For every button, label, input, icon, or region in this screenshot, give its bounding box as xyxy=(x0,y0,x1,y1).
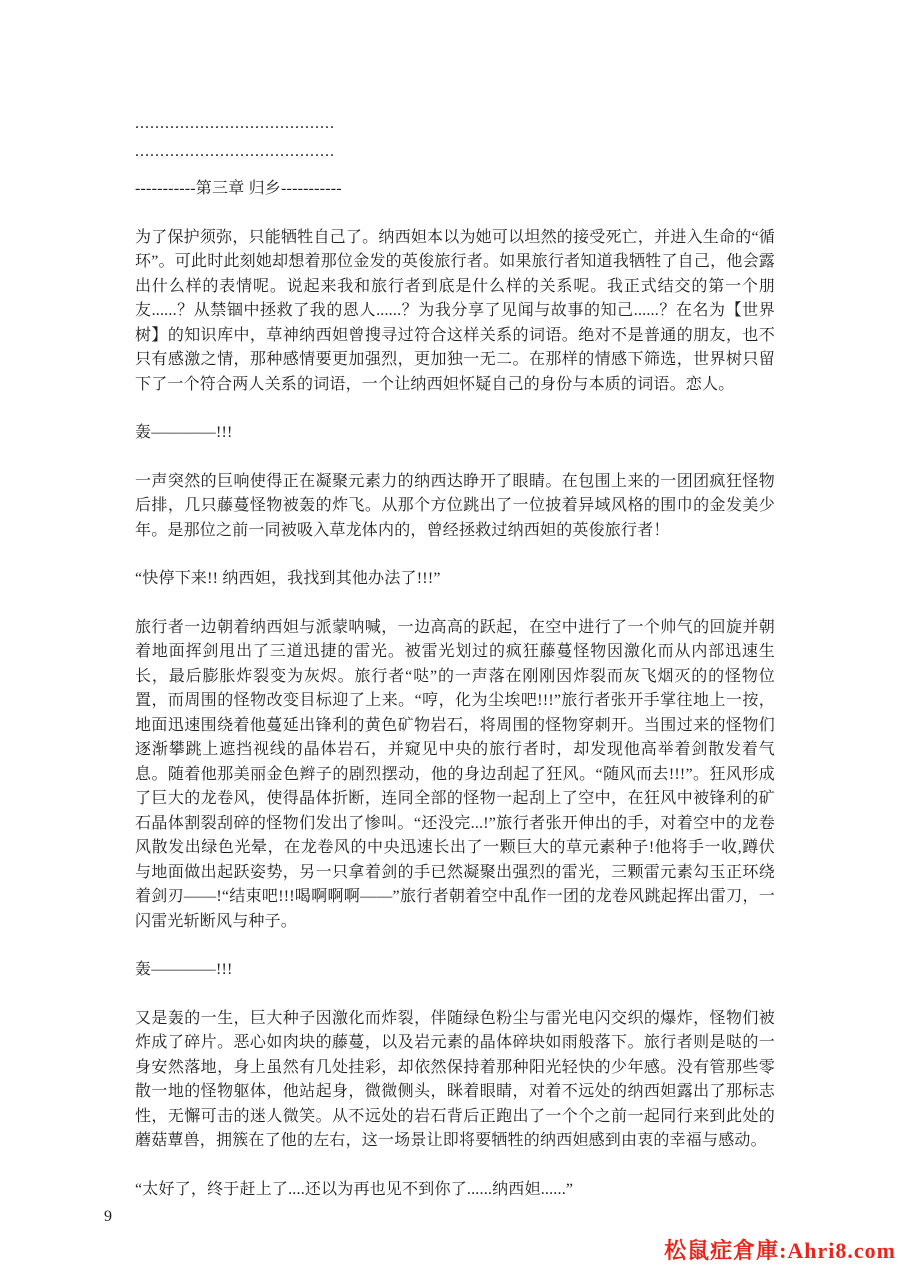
text-content: ........................................… xyxy=(135,112,775,1226)
paragraph: 旅行者一边朝着纳西妲与派蒙呐喊，一边高高的跃起，在空中进行了一个帅气的回旋并朝着… xyxy=(135,616,775,935)
paragraph: 一声突然的巨响使得正在凝聚元素力的纳西达睁开了眼睛。在包围上来的一团团疯狂怪物后… xyxy=(135,470,775,544)
page-number: 9 xyxy=(104,1208,112,1226)
document-page: ........................................… xyxy=(0,0,900,1273)
sound-effect-line: 轰————!!! xyxy=(135,421,775,446)
paragraph: 又是轰的一生，巨大种子因激化而炸裂，伴随绿色粉尘与雷光电闪交织的爆炸，怪物们被炸… xyxy=(135,1007,775,1154)
chapter-heading: -----------第三章 归乡----------- xyxy=(135,177,775,202)
ellipsis-line: ........................................ xyxy=(135,140,775,165)
dialogue-line: “太好了，终于赶上了....还以为再也见不到你了......纳西妲......” xyxy=(135,1178,775,1203)
ellipsis-line: ........................................ xyxy=(135,112,775,137)
dialogue-line: “快停下来!! 纳西妲，我找到其他办法了!!!” xyxy=(135,567,775,592)
paragraph: 为了保护须弥，只能牺牲自己了。纳西妲本以为她可以坦然的接受死亡，并进入生命的“循… xyxy=(135,226,775,398)
watermark-site-label: 松鼠症倉庫:Ahri8.com xyxy=(664,1234,896,1265)
sound-effect-line: 轰————!!! xyxy=(135,958,775,983)
